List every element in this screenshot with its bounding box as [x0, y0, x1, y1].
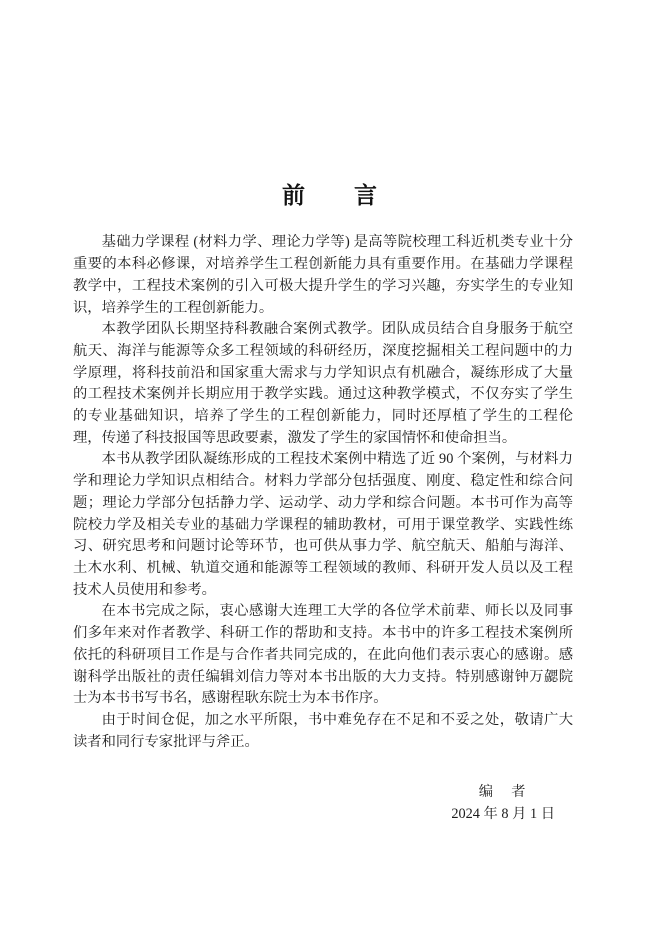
preface-paragraph-1: 基础力学课程 (材料力学、理论力学等) 是高等院校理工科近机类专业十分重要的本科… [73, 232, 573, 319]
signature-date: 2024 年 8 月 1 日 [451, 804, 555, 826]
preface-paragraph-5: 由于时间仓促，加之水平所限，书中难免存在不足和不妥之处，敬请广大读者和同行专家批… [73, 710, 573, 753]
signature-inner: 编 者 2024 年 8 月 1 日 [451, 782, 555, 825]
preface-paragraph-2: 本教学团队长期坚持科教融合案例式教学。团队成员结合自身服务于航空航天、海洋与能源… [73, 319, 573, 449]
preface-title: 前 言 [0, 0, 660, 209]
signature-block: 编 者 2024 年 8 月 1 日 [73, 782, 573, 825]
signature-author: 编 者 [479, 782, 528, 804]
preface-page: 前 言 基础力学课程 (材料力学、理论力学等) 是高等院校理工科近机类专业十分重… [0, 0, 660, 933]
preface-paragraph-4: 在本书完成之际，衷心感谢大连理工大学的各位学术前辈、师长以及同事们多年来对作者教… [73, 601, 573, 710]
preface-paragraph-3: 本书从教学团队凝练形成的工程技术案例中精选了近 90 个案例，与材料力学和理论力… [73, 449, 573, 601]
preface-body: 基础力学课程 (材料力学、理论力学等) 是高等院校理工科近机类专业十分重要的本科… [73, 232, 573, 753]
